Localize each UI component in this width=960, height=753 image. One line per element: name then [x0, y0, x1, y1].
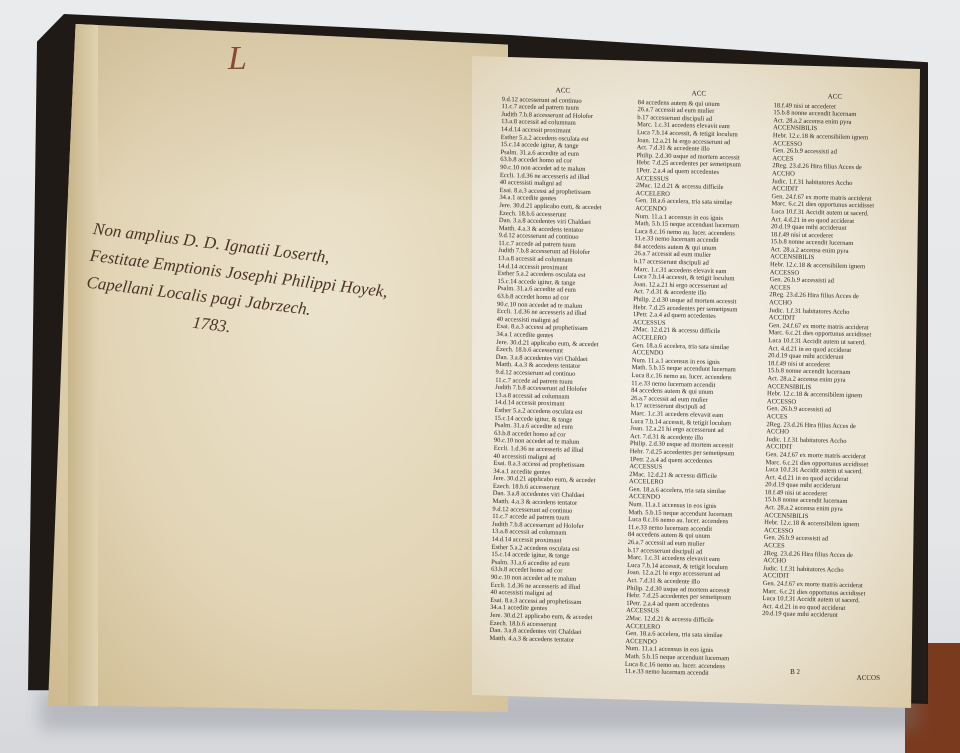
leaf-mark: L: [228, 40, 247, 78]
left-page-flyleaf: [48, 24, 508, 712]
text-line: 11.e.33 nemo lucernam accendit: [625, 668, 747, 678]
paper-stain: [48, 24, 508, 203]
text-columns: ACC 9.d.12 accesserunt ad continuo11.c.7…: [488, 86, 896, 697]
column-lines: 84 accedens autem & qui unum26.a.7 acces…: [625, 99, 760, 679]
column-lines: 9.d.12 accesserunt ad continuo11.c.7 acc…: [489, 96, 623, 645]
text-line: 20.d.19 quae mihi acciderunt: [762, 610, 884, 620]
column-header: ACC: [774, 92, 896, 102]
signature-mark: B 2: [790, 668, 800, 676]
page-edge: [68, 24, 98, 712]
column-lines: 18.f.49 nisi ut accederet15.b.8 nonne ac…: [762, 102, 896, 621]
column-3: ACC 18.f.49 nisi ut accederet15.b.8 nonn…: [760, 92, 896, 697]
column-1: ACC 9.d.12 accesserunt ad continuo11.c.7…: [488, 86, 624, 691]
text-line: Matth. 4.a.3 & accedens tentator: [489, 635, 611, 645]
right-page-concordance: ACC 9.d.12 accesserunt ad continuo11.c.7…: [472, 56, 920, 708]
column-header: ACC: [638, 89, 760, 99]
column-2: ACC 84 accedens autem & qui unum26.a.7 a…: [624, 89, 760, 694]
column-header: ACC: [502, 86, 624, 96]
catchword: ACCOS: [857, 674, 880, 682]
